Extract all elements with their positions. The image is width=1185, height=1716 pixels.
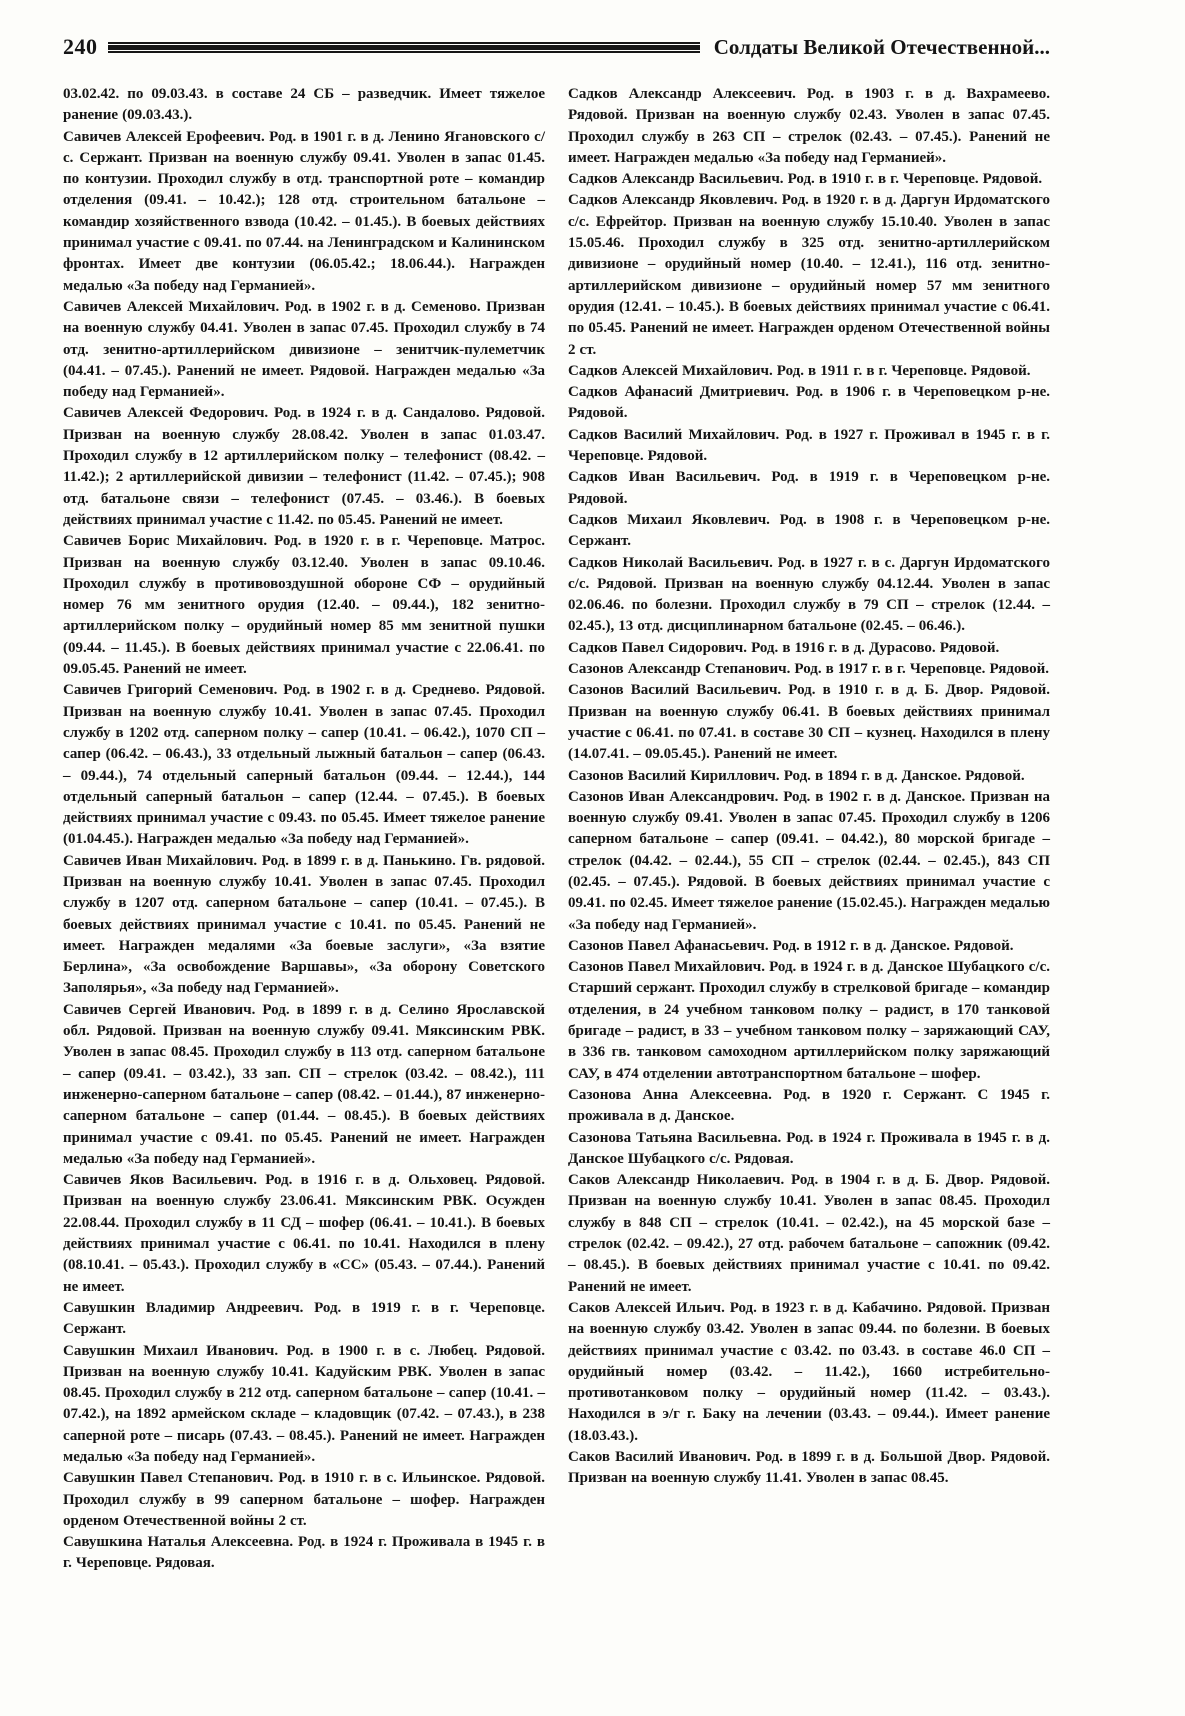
entry-paragraph: Савичев Сергей Иванович. Род. в 1899 г. … xyxy=(63,1000,545,1170)
right-column: Садков Александр Алексеевич. Род. в 1903… xyxy=(568,84,1050,1575)
entry-paragraph: Савичев Борис Михайлович. Род. в 1920 г.… xyxy=(63,531,545,680)
entry-paragraph: Саков Алексей Ильич. Род. в 1923 г. в д.… xyxy=(568,1298,1050,1447)
entry-paragraph: Садков Иван Васильевич. Род. в 1919 г. в… xyxy=(568,467,1050,510)
entry-paragraph: Савушкина Наталья Алексеевна. Род. в 192… xyxy=(63,1532,545,1575)
entry-paragraph: Садков Александр Алексеевич. Род. в 1903… xyxy=(568,84,1050,169)
entry-paragraph: Савушкин Михаил Иванович. Род. в 1900 г.… xyxy=(63,1341,545,1469)
entry-paragraph: Савичев Алексей Федорович. Род. в 1924 г… xyxy=(63,403,545,531)
running-title: Солдаты Великой Отечественной... xyxy=(714,35,1050,60)
entry-paragraph: Савичев Алексей Михайлович. Род. в 1902 … xyxy=(63,297,545,403)
entry-paragraph: Садков Александр Яковлевич. Род. в 1920 … xyxy=(568,190,1050,360)
entry-paragraph: 03.02.42. по 09.03.43. в составе 24 СБ –… xyxy=(63,84,545,127)
entry-paragraph: Сазонова Анна Алексеевна. Род. в 1920 г.… xyxy=(568,1085,1050,1128)
entry-paragraph: Саков Василий Иванович. Род. в 1899 г. в… xyxy=(568,1447,1050,1490)
entry-paragraph: Садков Николай Васильевич. Род. в 1927 г… xyxy=(568,553,1050,638)
entry-paragraph: Савичев Алексей Ерофеевич. Род. в 1901 г… xyxy=(63,127,545,297)
entry-paragraph: Садков Афанасий Дмитриевич. Род. в 1906 … xyxy=(568,382,1050,425)
entry-paragraph: Сазонов Иван Александрович. Род. в 1902 … xyxy=(568,787,1050,936)
entry-paragraph: Садков Павел Сидорович. Род. в 1916 г. в… xyxy=(568,638,1050,659)
entry-paragraph: Савичев Григорий Семенович. Род. в 1902 … xyxy=(63,680,545,850)
left-column: 03.02.42. по 09.03.43. в составе 24 СБ –… xyxy=(63,84,545,1575)
book-page: 240 Солдаты Великой Отечественной... 03.… xyxy=(0,0,1185,1716)
entry-paragraph: Сазонов Александр Степанович. Род. в 191… xyxy=(568,659,1050,680)
entry-paragraph: Сазонов Павел Михайлович. Род. в 1924 г.… xyxy=(568,957,1050,1085)
entry-paragraph: Савичев Яков Васильевич. Род. в 1916 г. … xyxy=(63,1170,545,1298)
entry-paragraph: Сазонова Татьяна Васильевна. Род. в 1924… xyxy=(568,1128,1050,1171)
entry-paragraph: Сазонов Василий Кириллович. Род. в 1894 … xyxy=(568,766,1050,787)
entry-paragraph: Саков Александр Николаевич. Род. в 1904 … xyxy=(568,1170,1050,1298)
entry-paragraph: Савушкин Павел Степанович. Род. в 1910 г… xyxy=(63,1468,545,1532)
page-header: 240 Солдаты Великой Отечественной... xyxy=(63,34,1050,60)
entry-paragraph: Сазонов Василий Васильевич. Род. в 1910 … xyxy=(568,680,1050,765)
text-columns: 03.02.42. по 09.03.43. в составе 24 СБ –… xyxy=(63,84,1050,1575)
page-number: 240 xyxy=(63,34,98,60)
header-rule xyxy=(108,42,700,53)
entry-paragraph: Савичев Иван Михайлович. Род. в 1899 г. … xyxy=(63,851,545,1000)
entry-paragraph: Садков Михаил Яковлевич. Род. в 1908 г. … xyxy=(568,510,1050,553)
entry-paragraph: Сазонов Павел Афанасьевич. Род. в 1912 г… xyxy=(568,936,1050,957)
entry-paragraph: Садков Алексей Михайлович. Род. в 1911 г… xyxy=(568,361,1050,382)
entry-paragraph: Садков Александр Васильевич. Род. в 1910… xyxy=(568,169,1050,190)
entry-paragraph: Савушкин Владимир Андреевич. Род. в 1919… xyxy=(63,1298,545,1341)
entry-paragraph: Садков Василий Михайлович. Род. в 1927 г… xyxy=(568,425,1050,468)
